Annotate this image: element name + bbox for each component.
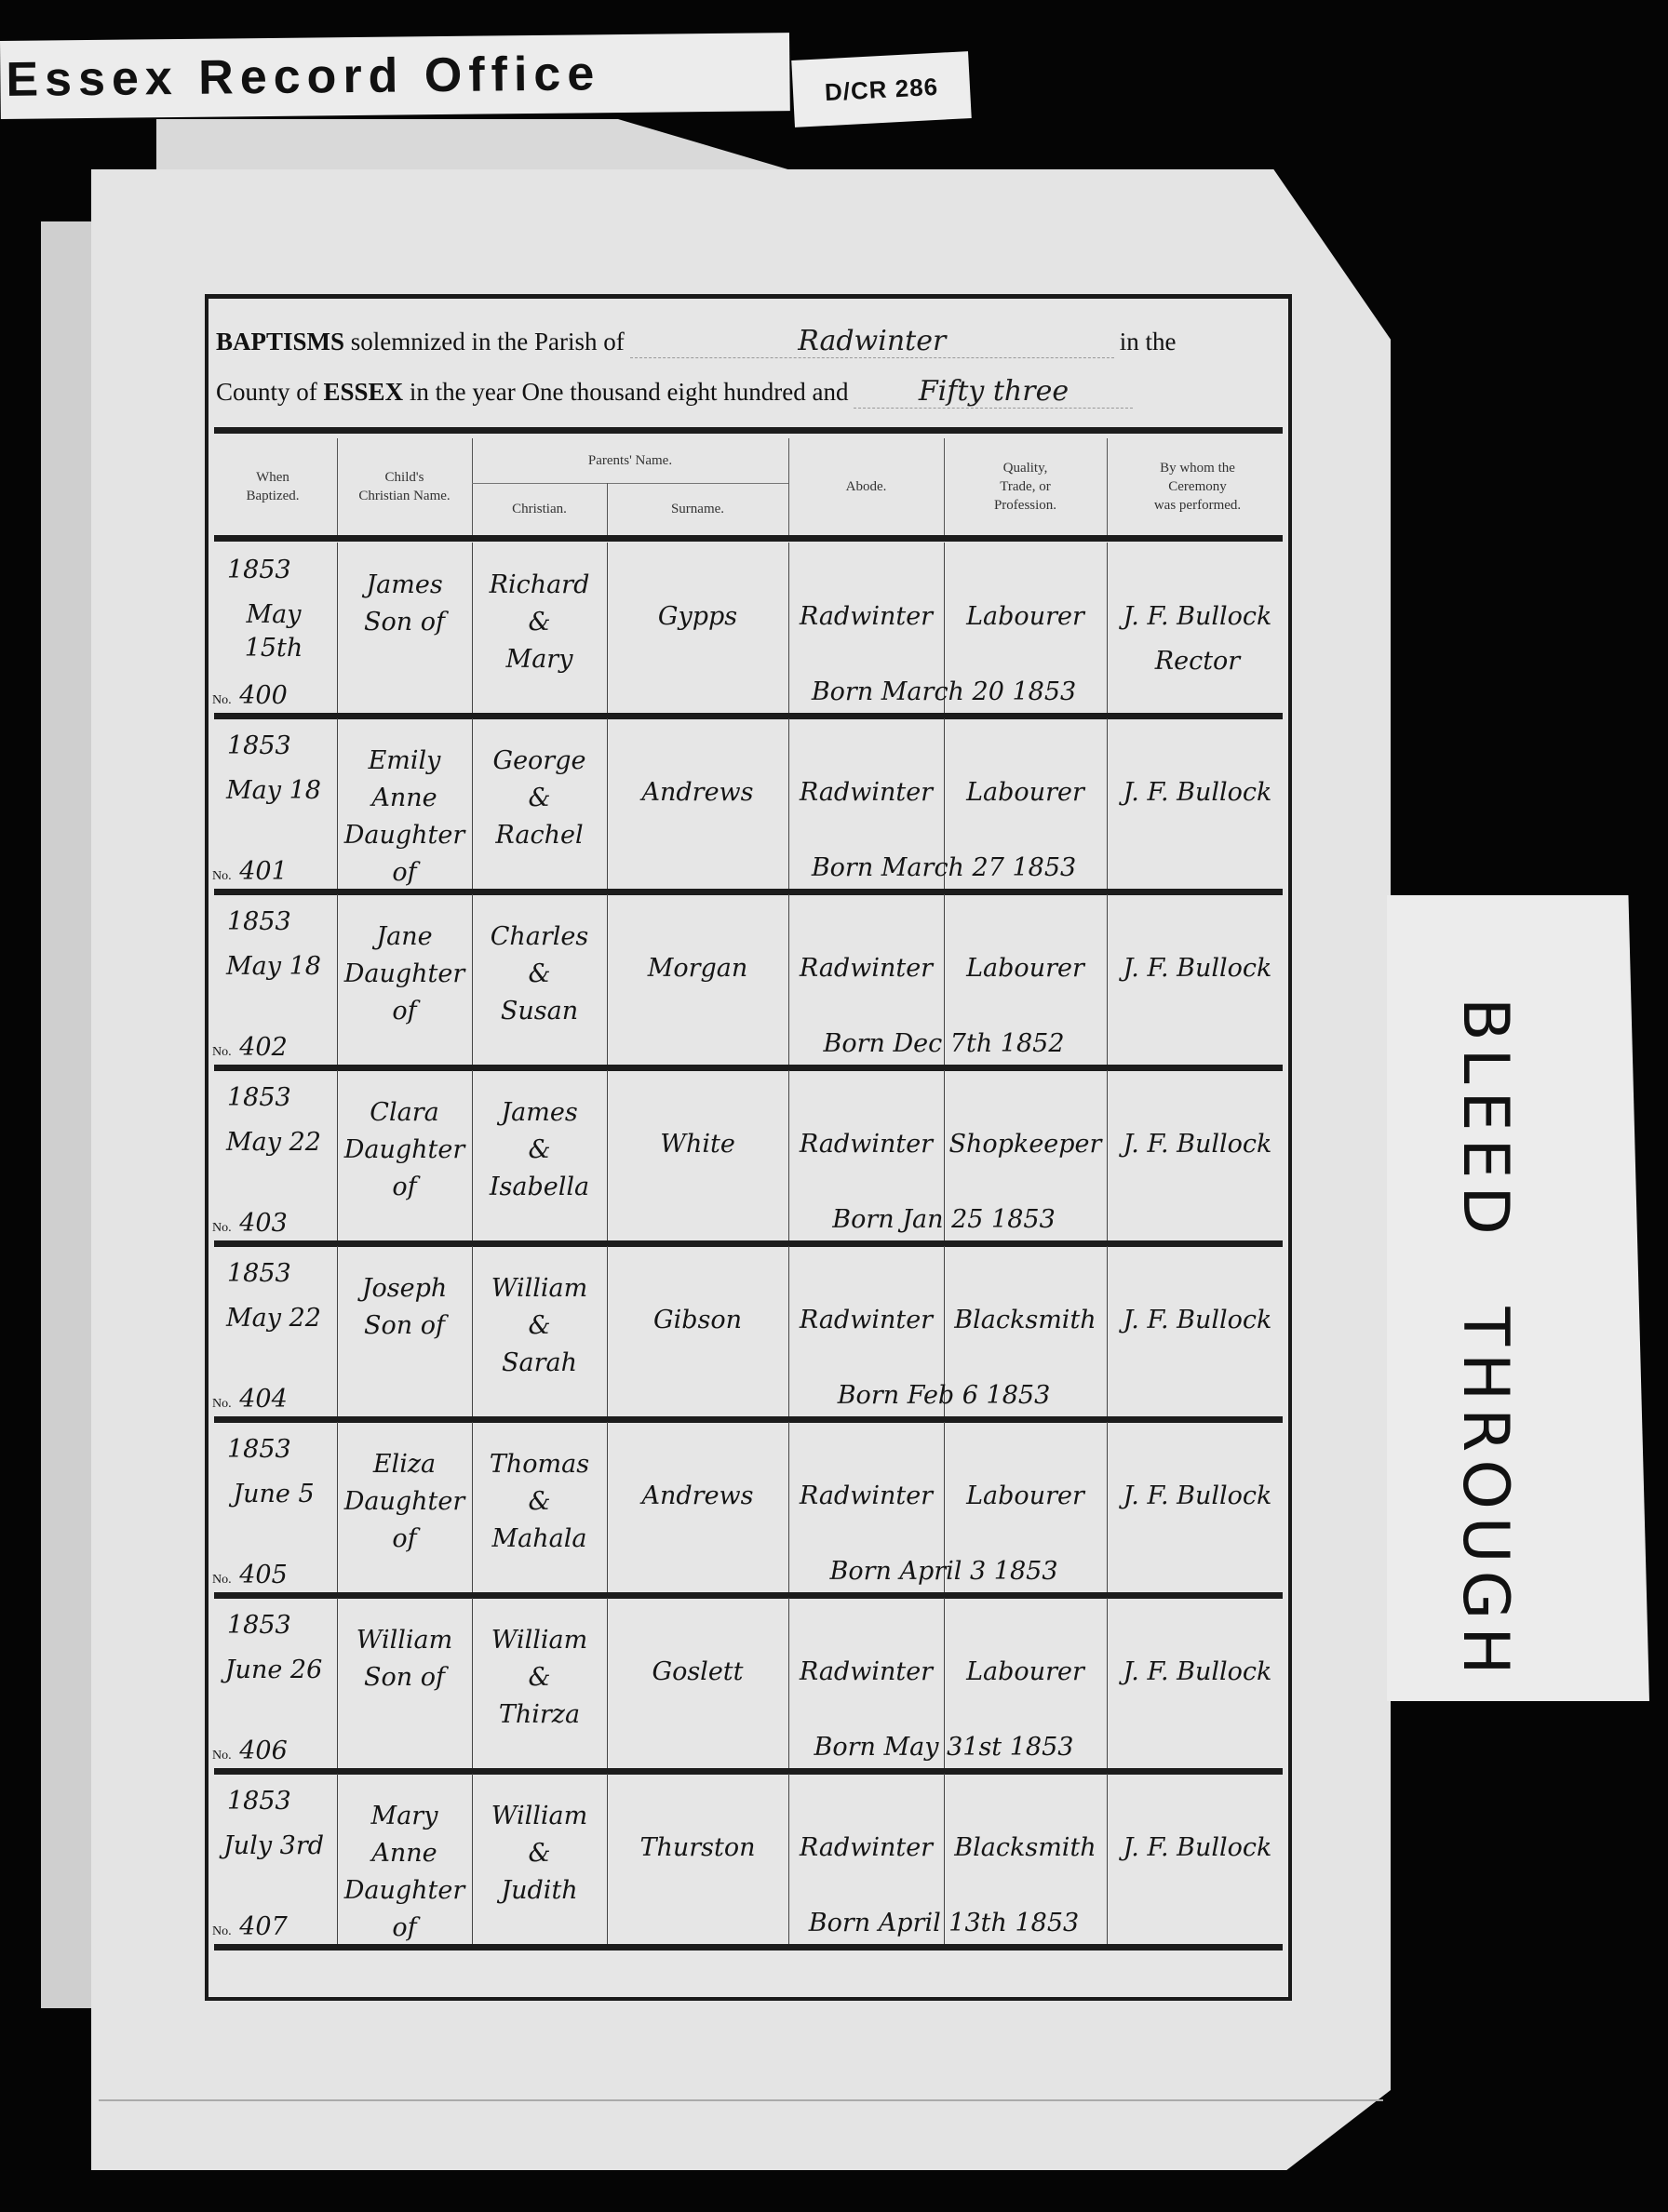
year-text: in the year One thousand eight hundred a…: [410, 378, 849, 407]
cell-when-baptized: 1853 July 3rd No. 407: [208, 1774, 338, 1947]
register-entry-row: 1853 May 15th No. 400 JamesSon of Richar…: [208, 543, 1288, 716]
entry-number: No. 404: [212, 1385, 288, 1414]
abode: Radwinter: [792, 1833, 940, 1862]
cell-parents-christian: Thomas&Mahala: [472, 1422, 608, 1595]
entry-number: No. 405: [212, 1561, 288, 1589]
father-name: Thomas: [476, 1446, 603, 1483]
cell-child-name: ElizaDaughter of: [337, 1422, 473, 1595]
cell-parents-christian: Charles&Susan: [472, 894, 608, 1067]
entry-number-prefix: No.: [212, 1924, 232, 1938]
abode: Radwinter: [792, 1657, 940, 1686]
child-relation: Son of: [341, 604, 468, 641]
child-name: Emily Anne: [341, 743, 468, 817]
cell-when-baptized: 1853 June 5 No. 405: [208, 1422, 338, 1595]
entry-number-prefix: No.: [212, 1573, 232, 1587]
father-name: James: [476, 1094, 603, 1132]
cell-child-name: Mary AnneDaughter of: [337, 1774, 473, 1947]
surname: Goslett: [611, 1657, 785, 1686]
header-quality-line3: Profession.: [944, 496, 1107, 515]
entry-year: 1853: [227, 1435, 291, 1464]
birth-date-note: Born April 3 1853: [730, 1557, 1158, 1586]
header-when-line1: When: [208, 468, 337, 487]
entry-number-prefix: No.: [212, 1749, 232, 1763]
officiant-name: J. F. Bullock: [1110, 1833, 1285, 1862]
father-name: William: [476, 1798, 603, 1835]
entry-number-value: 402: [239, 1033, 288, 1062]
entry-number-prefix: No.: [212, 693, 232, 707]
profession: Blacksmith: [948, 1833, 1103, 1862]
ampersand: &: [476, 1307, 603, 1345]
ampersand: &: [476, 1483, 603, 1521]
county-prefix: County of: [216, 378, 317, 407]
header-ceremony-line3: was performed.: [1107, 496, 1288, 515]
surname: White: [611, 1130, 785, 1159]
abode: Radwinter: [792, 1481, 940, 1510]
register-entry-row: 1853 May 22 No. 404 JosephSon of William…: [208, 1246, 1288, 1419]
header-parents-christian: Christian.: [472, 483, 608, 535]
header-quality-line1: Quality,: [944, 459, 1107, 477]
cell-parents-christian: George&Rachel: [472, 718, 608, 892]
birth-date-note: Born Feb 6 1853: [730, 1381, 1158, 1410]
cell-parents-christian: William&Judith: [472, 1774, 608, 1947]
cell-child-name: WilliamSon of: [337, 1598, 473, 1771]
header-child: Child's Christian Name.: [337, 438, 473, 535]
profession: Labourer: [948, 1481, 1103, 1510]
mother-name: Sarah: [476, 1345, 603, 1382]
register-entry-row: 1853 June 26 No. 406 WilliamSon of Willi…: [208, 1598, 1288, 1771]
profession: Blacksmith: [948, 1306, 1103, 1334]
cell-when-baptized: 1853 May 18 No. 402: [208, 894, 338, 1067]
entry-year: 1853: [227, 556, 291, 584]
header-rule-top: [214, 427, 1283, 434]
mother-name: Rachel: [476, 817, 603, 854]
bleed-through-card: BLEED THROUGH: [1387, 895, 1649, 1701]
register-subtitle: County of ESSEX in the year One thousand…: [216, 375, 1283, 409]
cell-child-name: JamesSon of: [337, 543, 473, 716]
ampersand: &: [476, 1659, 603, 1696]
register-entry-row: 1853 May 18 No. 402 JaneDaughter of Char…: [208, 894, 1288, 1067]
entry-number-value: 404: [239, 1385, 288, 1414]
county-name: ESSEX: [324, 378, 404, 407]
profession: Labourer: [948, 1657, 1103, 1686]
child-relation: Son of: [341, 1307, 468, 1345]
header-parents-surname: Surname.: [607, 483, 788, 535]
entry-number: No. 403: [212, 1209, 288, 1238]
entry-number-prefix: No.: [212, 869, 232, 883]
cell-child-name: Emily AnneDaughter of: [337, 718, 473, 892]
abode: Radwinter: [792, 602, 940, 631]
entry-year: 1853: [227, 1611, 291, 1640]
surname: Thurston: [611, 1833, 785, 1862]
officiant-name: J. F. Bullock: [1110, 1130, 1285, 1159]
birth-date-note: Born May 31st 1853: [730, 1733, 1158, 1762]
ampersand: &: [476, 956, 603, 993]
surname: Gibson: [611, 1306, 785, 1334]
header-when: When Baptized.: [208, 438, 338, 535]
entry-date: May 18: [214, 774, 333, 808]
child-relation: Daughter of: [341, 817, 468, 892]
entry-date: July 3rd: [214, 1830, 333, 1863]
entry-number: No. 407: [212, 1912, 288, 1941]
reference-label-text: D/CR 286: [824, 72, 939, 106]
profession: Labourer: [948, 602, 1103, 631]
entry-year: 1853: [227, 1787, 291, 1816]
officiant-name: J. F. Bullock: [1110, 602, 1285, 631]
header-quality: Quality, Trade, or Profession.: [944, 438, 1108, 535]
entry-number-value: 407: [239, 1912, 288, 1941]
entry-number-value: 401: [239, 857, 288, 886]
title-text: solemnized in the Parish of: [351, 328, 625, 356]
surname: Morgan: [611, 954, 785, 983]
archive-label: Essex Record Office: [0, 33, 790, 119]
entry-number-value: 406: [239, 1736, 288, 1765]
cell-parents-christian: Richard&Mary: [472, 543, 608, 716]
officiant-name: J. F. Bullock: [1110, 1306, 1285, 1334]
birth-date-note: Born April 13th 1853: [730, 1909, 1158, 1937]
register-entry-row: 1853 June 5 No. 405 ElizaDaughter of Tho…: [208, 1422, 1288, 1595]
entry-number: No. 402: [212, 1033, 288, 1062]
reference-label: D/CR 286: [791, 51, 972, 127]
header-child-line2: Christian Name.: [337, 487, 472, 505]
ampersand: &: [476, 1835, 603, 1872]
header-ceremony: By whom the Ceremony was performed.: [1107, 438, 1288, 535]
profession: Labourer: [948, 778, 1103, 807]
register-entry-row: 1853 July 3rd No. 407 Mary AnneDaughter …: [208, 1774, 1288, 1947]
entry-date: May 18: [214, 950, 333, 984]
mother-name: Mahala: [476, 1521, 603, 1558]
cell-when-baptized: 1853 May 15th No. 400: [208, 543, 338, 716]
cell-child-name: JaneDaughter of: [337, 894, 473, 1067]
bleed-through-text: BLEED THROUGH: [1448, 998, 1522, 1682]
father-name: Richard: [476, 567, 603, 604]
header-parents: Parents' Name. Christian. Surname.: [472, 438, 789, 535]
officiant-name: J. F. Bullock: [1110, 1481, 1285, 1510]
ampersand: &: [476, 604, 603, 641]
officiant-title: Rector: [1107, 647, 1288, 676]
child-relation: Daughter of: [341, 1872, 468, 1947]
mother-name: Mary: [476, 641, 603, 678]
row-rule: [214, 1944, 1283, 1951]
cell-parents-christian: James&Isabella: [472, 1070, 608, 1243]
child-name: James: [341, 567, 468, 604]
entry-number-prefix: No.: [212, 1045, 232, 1059]
title-suffix: in the: [1120, 328, 1177, 356]
entry-date: May 22: [214, 1302, 333, 1335]
mother-name: Judith: [476, 1872, 603, 1910]
birth-date-note: Born Dec 7th 1852: [730, 1029, 1158, 1058]
entry-date: May 15th: [214, 598, 333, 665]
officiant-name: J. F. Bullock: [1110, 1657, 1285, 1686]
mother-name: Susan: [476, 993, 603, 1030]
entry-year: 1853: [227, 1083, 291, 1112]
header-abode: Abode.: [788, 438, 945, 535]
mother-name: Thirza: [476, 1696, 603, 1734]
child-name: Joseph: [341, 1270, 468, 1307]
cell-parents-christian: William&Sarah: [472, 1246, 608, 1419]
entry-number-prefix: No.: [212, 1397, 232, 1411]
father-name: William: [476, 1270, 603, 1307]
entry-number: No. 400: [212, 681, 288, 710]
header-when-line2: Baptized.: [208, 487, 337, 505]
father-name: William: [476, 1622, 603, 1659]
year-fill: Fifty three: [854, 375, 1133, 409]
page-fold-line: [99, 2099, 1383, 2101]
baptism-register-table: BAPTISMS solemnized in the Parish of Rad…: [205, 294, 1292, 2001]
mother-name: Isabella: [476, 1169, 603, 1206]
ampersand: &: [476, 780, 603, 817]
entry-date: June 26: [214, 1654, 333, 1687]
abode: Radwinter: [792, 954, 940, 983]
header-ceremony-line2: Ceremony: [1107, 477, 1288, 496]
father-name: Charles: [476, 918, 603, 956]
header-ceremony-line1: By whom the: [1107, 459, 1288, 477]
father-name: George: [476, 743, 603, 780]
entry-year: 1853: [227, 731, 291, 760]
abode: Radwinter: [792, 778, 940, 807]
register-entry-row: 1853 May 18 No. 401 Emily AnneDaughter o…: [208, 718, 1288, 892]
cell-when-baptized: 1853 May 22 No. 404: [208, 1246, 338, 1419]
surname: Gypps: [611, 602, 785, 631]
register-entry-row: 1853 May 22 No. 403 ClaraDaughter of Jam…: [208, 1070, 1288, 1243]
cell-child-name: JosephSon of: [337, 1246, 473, 1419]
birth-date-note: Born Jan 25 1853: [730, 1205, 1158, 1234]
header-rule-bottom: [214, 535, 1283, 542]
entry-year: 1853: [227, 907, 291, 936]
parish-name: Radwinter: [630, 325, 1114, 358]
entry-number-value: 400: [239, 681, 288, 710]
title-baptisms: BAPTISMS: [216, 328, 344, 356]
cell-when-baptized: 1853 May 22 No. 403: [208, 1070, 338, 1243]
entry-date: May 22: [214, 1126, 333, 1160]
header-abode-label: Abode.: [788, 477, 944, 496]
officiant-name: J. F. Bullock: [1110, 954, 1285, 983]
cell-parents-christian: William&Thirza: [472, 1598, 608, 1771]
officiant-name: J. F. Bullock: [1110, 778, 1285, 807]
surname: Andrews: [611, 778, 785, 807]
ampersand: &: [476, 1132, 603, 1169]
entry-year: 1853: [227, 1259, 291, 1288]
entry-number-value: 403: [239, 1209, 288, 1238]
cell-when-baptized: 1853 June 26 No. 406: [208, 1598, 338, 1771]
entry-number: No. 406: [212, 1736, 288, 1765]
child-relation: Daughter of: [341, 956, 468, 1030]
header-quality-line2: Trade, or: [944, 477, 1107, 496]
child-name: Jane: [341, 918, 468, 956]
child-name: Clara: [341, 1094, 468, 1132]
register-title: BAPTISMS solemnized in the Parish of Rad…: [216, 325, 1283, 358]
child-relation: Son of: [341, 1659, 468, 1696]
column-headers: When Baptized. Child's Christian Name. P…: [208, 438, 1288, 535]
cell-when-baptized: 1853 May 18 No. 401: [208, 718, 338, 892]
header-child-line1: Child's: [337, 468, 472, 487]
archive-label-text: Essex Record Office: [6, 46, 600, 108]
profession: Shopkeeper: [948, 1130, 1103, 1159]
entry-number-prefix: No.: [212, 1221, 232, 1235]
surname: Andrews: [611, 1481, 785, 1510]
entry-date: June 5: [214, 1478, 333, 1511]
header-parents-label: Parents' Name.: [472, 438, 788, 484]
child-relation: Daughter of: [341, 1132, 468, 1206]
abode: Radwinter: [792, 1306, 940, 1334]
child-name: Mary Anne: [341, 1798, 468, 1872]
child-name: Eliza: [341, 1446, 468, 1483]
birth-date-note: Born March 27 1853: [730, 853, 1158, 882]
child-name: William: [341, 1622, 468, 1659]
profession: Labourer: [948, 954, 1103, 983]
entry-number: No. 401: [212, 857, 288, 886]
abode: Radwinter: [792, 1130, 940, 1159]
entry-number-value: 405: [239, 1561, 288, 1589]
birth-date-note: Born March 20 1853: [730, 677, 1158, 706]
cell-child-name: ClaraDaughter of: [337, 1070, 473, 1243]
child-relation: Daughter of: [341, 1483, 468, 1558]
